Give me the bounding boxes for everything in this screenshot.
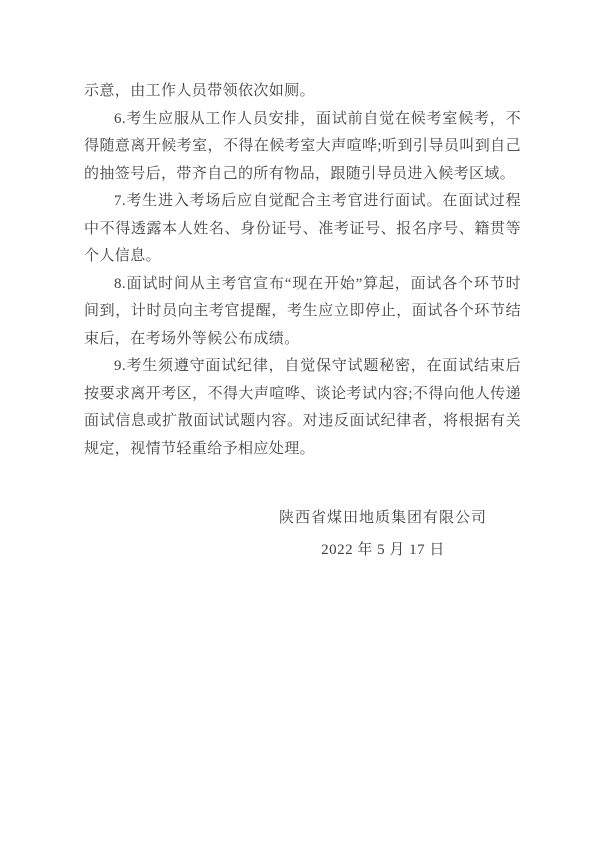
document-page: 示意，由工作人员带领依次如厕。 6.考生应服从工作人员安排，面试前自觉在候考室候… bbox=[0, 0, 600, 848]
signature-inner: 陕西省煤田地质集团有限公司 2022 年 5 月 17 日 bbox=[279, 507, 487, 561]
paragraph-item-6: 6.考生应服从工作人员安排，面试前自觉在候考室候考，不得随意离开候考室，不得在候… bbox=[84, 106, 521, 189]
signature-company: 陕西省煤田地质集团有限公司 bbox=[279, 507, 487, 529]
paragraph-item-8: 8.面试时间从主考官宣布“现在开始”算起，面试各个环节时间到，计时员向主考官提醒… bbox=[84, 271, 521, 354]
document-body: 示意，由工作人员带领依次如厕。 6.考生应服从工作人员安排，面试前自觉在候考室候… bbox=[84, 78, 521, 565]
paragraph-item-9: 9.考生须遵守面试纪律，自觉保守试题秘密，在面试结束后按要求离开考区，不得大声喧… bbox=[84, 353, 521, 463]
signature-date: 2022 年 5 月 17 日 bbox=[279, 539, 487, 561]
signature-block: 陕西省煤田地质集团有限公司 2022 年 5 月 17 日 bbox=[84, 507, 487, 565]
paragraph-continuation: 示意，由工作人员带领依次如厕。 bbox=[84, 78, 521, 106]
paragraph-item-7: 7.考生进入考场后应自觉配合主考官进行面试。在面试过程中不得透露本人姓名、身份证… bbox=[84, 188, 521, 271]
